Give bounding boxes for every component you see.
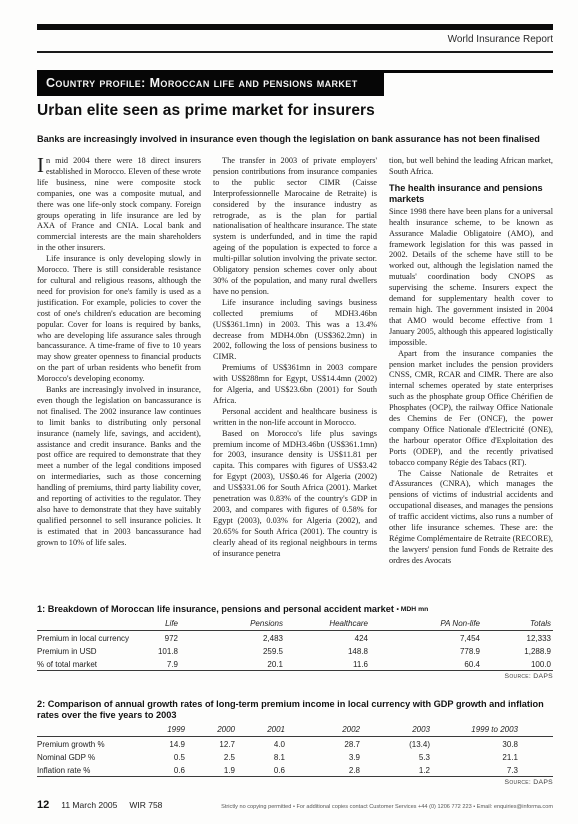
cell: 259.5	[180, 644, 285, 657]
row-label: Inflation rate %	[37, 763, 142, 777]
article-body: In mid 2004 there were 18 direct insurer…	[37, 156, 553, 606]
table-2-source: Source: DAPS	[37, 779, 553, 786]
dropcap: I	[37, 156, 46, 175]
row-label: % of total market	[37, 657, 142, 671]
cell: 148.8	[285, 644, 370, 657]
publication-title: World Insurance Report	[37, 34, 553, 45]
paragraph: Apart from the insurance companies the p…	[389, 349, 553, 469]
table-1-title-text: 1: Breakdown of Moroccan life insurance,…	[37, 604, 394, 614]
section-banner: Country profile: Moroccan life and pensi…	[37, 70, 384, 96]
row-label: Premium growth %	[37, 737, 142, 751]
table-2-header: 1999	[142, 724, 187, 737]
table-1-header: PA Non-life	[370, 618, 482, 631]
cell: 21.1	[432, 750, 553, 763]
row-label: Nominal GDP %	[37, 750, 142, 763]
legal-notice: Strictly no copying permitted • For addi…	[176, 804, 553, 810]
cell: 7,454	[370, 631, 482, 645]
cell: 7.9	[142, 657, 180, 671]
cell: 972	[142, 631, 180, 645]
paragraph: The Caisse Nationale de Retraites et d'A…	[389, 469, 553, 567]
cell: 778.9	[370, 644, 482, 657]
issue-date: 11 March 2005	[61, 800, 117, 810]
table-1-header	[37, 618, 142, 631]
table-1-header-row: Life Pensions Healthcare PA Non-life Tot…	[37, 618, 553, 631]
table-1-section: 1: Breakdown of Moroccan life insurance,…	[37, 604, 553, 680]
table-1-source: Source: DAPS	[37, 673, 553, 680]
cell: 0.6	[237, 763, 287, 777]
row-label: Premium in USD	[37, 644, 142, 657]
paragraph: Premiums of US$361mn in 2003 compare wit…	[213, 363, 377, 407]
cell: 14.9	[142, 737, 187, 751]
cell: 30.8	[432, 737, 553, 751]
page-number: 12	[37, 799, 49, 811]
table-row: % of total market 7.9 20.1 11.6 60.4 100…	[37, 657, 553, 671]
cell: 2.8	[287, 763, 362, 777]
column-3: tion, but well behind the leading Africa…	[389, 156, 553, 606]
table-1-header: Healthcare	[285, 618, 370, 631]
cell: 12.7	[187, 737, 237, 751]
table-1-title: 1: Breakdown of Moroccan life insurance,…	[37, 604, 553, 615]
masthead-rule-thick	[37, 24, 553, 30]
paragraph-text: n mid 2004 there were 18 direct insurers…	[37, 156, 201, 252]
cell: 20.1	[180, 657, 285, 671]
table-1-header: Life	[142, 618, 180, 631]
cell: 12,333	[482, 631, 553, 645]
cell: 0.5	[142, 750, 187, 763]
page-title: Urban elite seen as prime market for ins…	[37, 102, 553, 120]
paragraph: The transfer in 2003 of private employer…	[213, 156, 377, 298]
section-banner-rule	[384, 70, 553, 73]
table-1-header: Totals	[482, 618, 553, 631]
issue-number: WIR 758	[129, 800, 162, 810]
cell: 424	[285, 631, 370, 645]
table-2-section: 2: Comparison of annual growth rates of …	[37, 699, 553, 786]
paragraph: Since 1998 there have been plans for a u…	[389, 207, 553, 349]
table-1: Life Pensions Healthcare PA Non-life Tot…	[37, 618, 553, 671]
cell: 2.5	[187, 750, 237, 763]
cell: 101.8	[142, 644, 180, 657]
standfirst: Banks are increasingly involved in insur…	[37, 134, 553, 144]
cell: 8.1	[237, 750, 287, 763]
cell: 28.7	[287, 737, 362, 751]
table-row: Premium in USD 101.8 259.5 148.8 778.9 1…	[37, 644, 553, 657]
cell: 2,483	[180, 631, 285, 645]
table-2-title: 2: Comparison of annual growth rates of …	[37, 699, 553, 721]
table-2-header: 2001	[237, 724, 287, 737]
cell: 1,288.9	[482, 644, 553, 657]
paragraph: Personal accident and healthcare busines…	[213, 407, 377, 429]
cell: (13.4)	[362, 737, 432, 751]
row-label: Premium in local currency	[37, 631, 142, 645]
table-2-header	[37, 724, 142, 737]
cell: 3.9	[287, 750, 362, 763]
table-row: Nominal GDP % 0.5 2.5 8.1 3.9 5.3 21.1	[37, 750, 553, 763]
cell: 5.3	[362, 750, 432, 763]
table-2-header: 1999 to 2003	[432, 724, 553, 737]
column-2: The transfer in 2003 of private employer…	[213, 156, 377, 606]
table-row: Premium growth % 14.9 12.7 4.0 28.7 (13.…	[37, 737, 553, 751]
table-2-header-row: 1999 2000 2001 2002 2003 1999 to 2003	[37, 724, 553, 737]
cell: 4.0	[237, 737, 287, 751]
column-1: In mid 2004 there were 18 direct insurer…	[37, 156, 201, 606]
cell: 11.6	[285, 657, 370, 671]
paragraph: Banks are increasingly involved in insur…	[37, 385, 201, 549]
table-2: 1999 2000 2001 2002 2003 1999 to 2003 Pr…	[37, 724, 553, 777]
table-row: Inflation rate % 0.6 1.9 0.6 2.8 1.2 7.3	[37, 763, 553, 777]
table-2-header: 2002	[287, 724, 362, 737]
paragraph: Life insurance is only developing slowly…	[37, 254, 201, 385]
subheading: The health insurance and pensions market…	[389, 183, 553, 205]
paragraph: In mid 2004 there were 18 direct insurer…	[37, 156, 201, 254]
table-2-header: 2003	[362, 724, 432, 737]
paragraph: Based on Morocco's life plus savings pre…	[213, 429, 377, 560]
paragraph: Life insurance including savings busines…	[213, 298, 377, 363]
page-footer: 12 11 March 2005 WIR 758 Strictly no cop…	[37, 799, 553, 811]
table-2-header: 2000	[187, 724, 237, 737]
cell: 1.9	[187, 763, 237, 777]
cell: 60.4	[370, 657, 482, 671]
table-1-unit: • MDH mn	[396, 606, 428, 613]
masthead-rule-thin	[37, 51, 553, 53]
cell: 1.2	[362, 763, 432, 777]
cell: 100.0	[482, 657, 553, 671]
cell: 0.6	[142, 763, 187, 777]
table-1-header: Pensions	[180, 618, 285, 631]
cell: 7.3	[432, 763, 553, 777]
paragraph: tion, but well behind the leading Africa…	[389, 156, 553, 178]
table-row: Premium in local currency 972 2,483 424 …	[37, 631, 553, 645]
